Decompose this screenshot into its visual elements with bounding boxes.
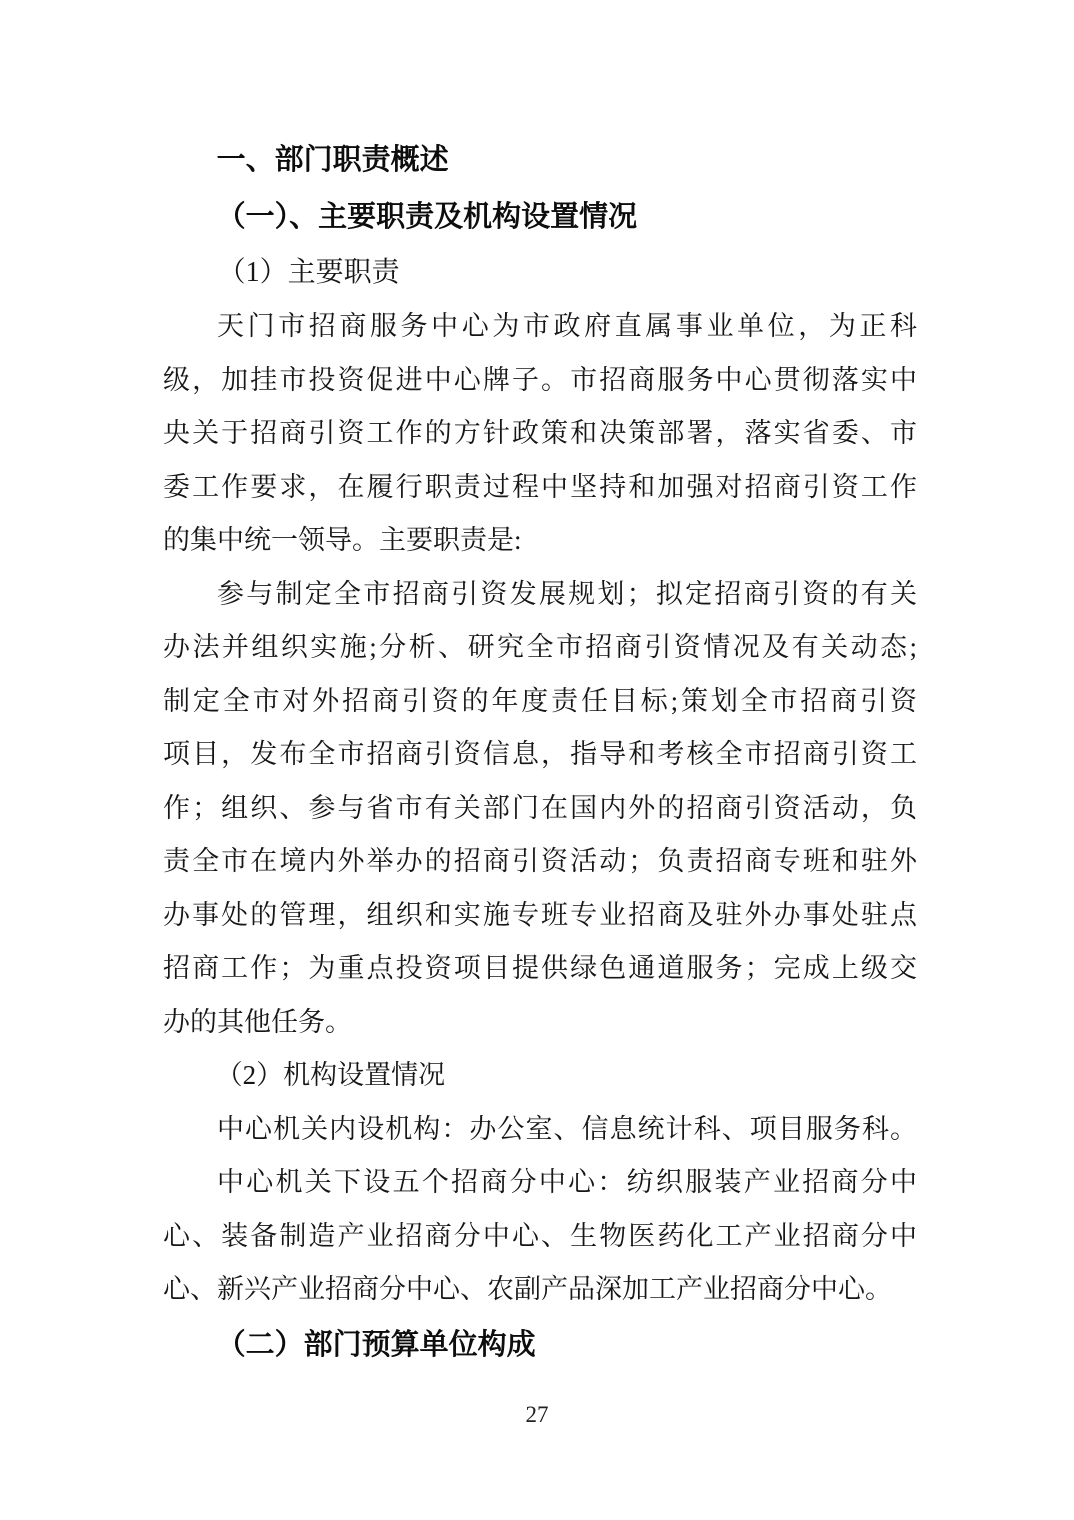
page-number: 27 <box>0 1402 1074 1428</box>
clause-heading: （1）主要职责 <box>163 246 917 300</box>
body-text-line: 中心机关内设机构：办公室、信息统计科、项目服务科。 <box>163 1103 917 1157</box>
body-text-line: 中心机关下设五个招商分中心：纺织服装产业招商分中 <box>163 1156 917 1210</box>
subsection-heading: （二）部门预算单位构成 <box>163 1317 917 1373</box>
clause-heading: （2）机构设置情况 <box>163 1049 917 1103</box>
body-text-line: 委工作要求，在履行职责过程中坚持和加强对招商引资工作 <box>163 461 917 515</box>
body-text-line: 招商工作；为重点投资项目提供绿色通道服务；完成上级交 <box>163 942 917 996</box>
body-text-line: 央关于招商引资工作的方针政策和决策部署，落实省委、市 <box>163 407 917 461</box>
body-text-line: 的集中统一领导。主要职责是: <box>163 514 917 568</box>
body-text-line: 办事处的管理，组织和实施专班专业招商及驻外办事处驻点 <box>163 889 917 943</box>
body-text-line: 制定全市对外招商引资的年度责任目标;策划全市招商引资 <box>163 675 917 729</box>
body-text-line: 天门市招商服务中心为市政府直属事业单位，为正科 <box>163 300 917 354</box>
body-text-line: 项目，发布全市招商引资信息，指导和考核全市招商引资工 <box>163 728 917 782</box>
subsection-heading: （一）、主要职责及机构设置情况 <box>163 188 917 246</box>
document-page: 一、部门职责概述（一）、主要职责及机构设置情况（1）主要职责天门市招商服务中心为… <box>0 0 1074 1520</box>
section-heading: 一、部门职责概述 <box>163 130 917 188</box>
body-text-line: 责全市在境内外举办的招商引资活动；负责招商专班和驻外 <box>163 835 917 889</box>
body-text-line: 心、装备制造产业招商分中心、生物医药化工产业招商分中 <box>163 1210 917 1264</box>
body-text-line: 参与制定全市招商引资发展规划；拟定招商引资的有关 <box>163 568 917 622</box>
body-text-line: 办的其他任务。 <box>163 996 917 1050</box>
body-text-line: 办法并组织实施;分析、研究全市招商引资情况及有关动态; <box>163 621 917 675</box>
body-text-line: 作；组织、参与省市有关部门在国内外的招商引资活动，负 <box>163 782 917 836</box>
document-content: 一、部门职责概述（一）、主要职责及机构设置情况（1）主要职责天门市招商服务中心为… <box>163 130 917 1373</box>
body-text-line: 心、新兴产业招商分中心、农副产品深加工产业招商分中心。 <box>163 1263 917 1317</box>
body-text-line: 级，加挂市投资促进中心牌子。市招商服务中心贯彻落实中 <box>163 354 917 408</box>
